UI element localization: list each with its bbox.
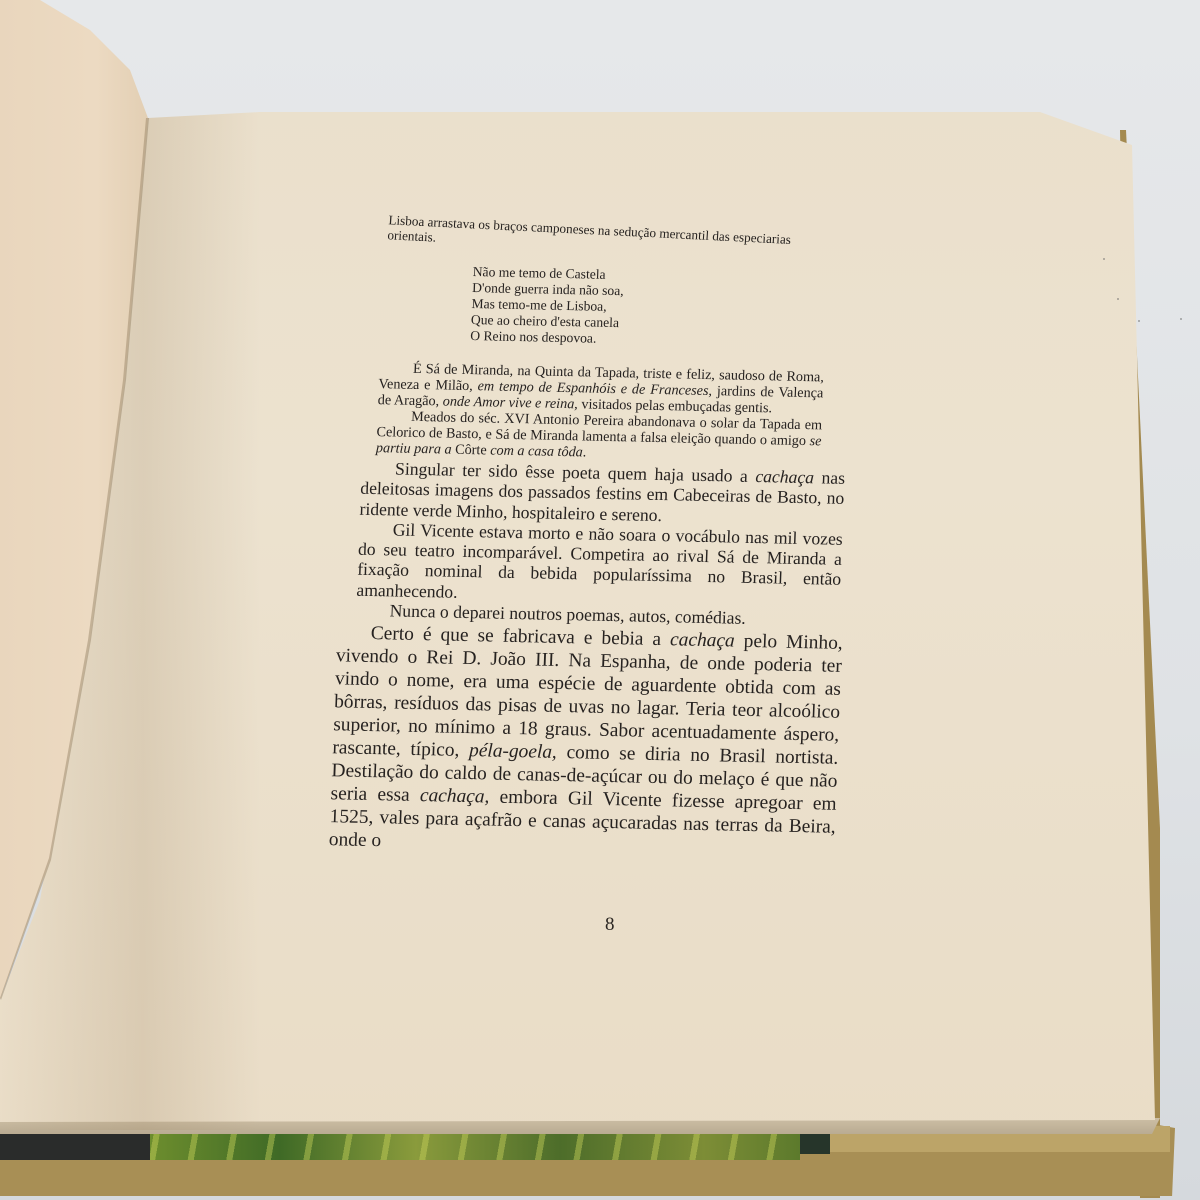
paragraph: Singular ter sido êsse poeta quem haja u…	[359, 458, 845, 529]
dust-speck	[1103, 258, 1105, 260]
body-large-text: Singular ter sido êsse poeta quem haja u…	[355, 458, 845, 630]
dust-speck	[1180, 318, 1182, 320]
page-number: 8	[605, 914, 615, 936]
body-tail-text: Certo é que se fabricava e bebia a cacha…	[328, 622, 843, 862]
photo-scene: Lisboa arrastava os braços camponeses na…	[0, 0, 1200, 1200]
intro-paragraph: Lisboa arrastava os braços camponeses na…	[387, 212, 818, 263]
dust-speck	[1138, 320, 1140, 322]
spine-cloth	[0, 1130, 150, 1160]
dust-speck	[1117, 298, 1119, 300]
paragraph: Gil Vicente estava morto e não soara o v…	[356, 519, 843, 610]
poem-quote: Não me temo de CastelaD'onde guerra inda…	[470, 264, 843, 352]
paragraph: Certo é que se fabricava e bebia a cacha…	[328, 622, 843, 862]
paragraph: Meados do séc. XVI Antonio Pereira aband…	[376, 408, 823, 465]
page-text: Lisboa arrastava os braços camponeses na…	[350, 212, 844, 862]
body-small-text: É Sá de Miranda, na Quinta da Tapada, tr…	[376, 360, 825, 465]
